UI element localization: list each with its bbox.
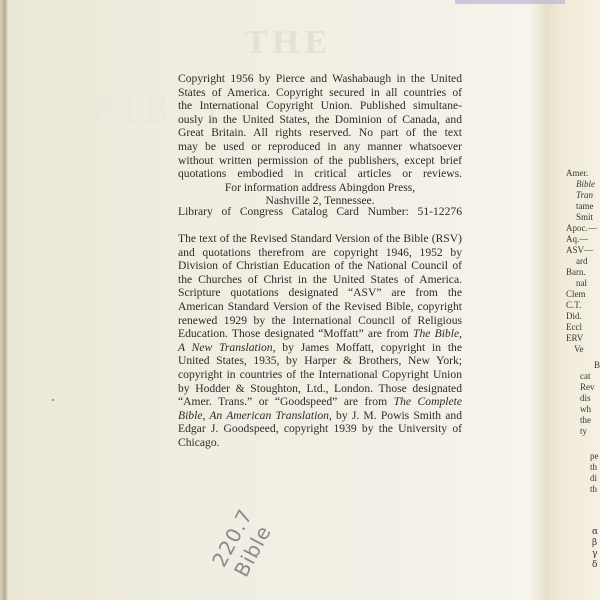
- background-strip: [455, 0, 565, 4]
- copyright-block: Copyright 1956 by Pierce and Washabaugh …: [178, 72, 462, 208]
- abbrev-fragment: nal: [566, 278, 597, 289]
- copyright-line: quotations embodied in critical articles…: [178, 167, 462, 181]
- catalog-card-number: Library of Congress Catalog Card Number:…: [178, 205, 462, 219]
- abbrev-fragment: Ve: [566, 344, 597, 355]
- copyright-line: may be used or reproduced in any manner …: [178, 140, 462, 154]
- facing-page-paragraph: B cat Rev dis wh the ty pe th di th: [580, 360, 600, 495]
- publisher-address: For information address Abingdon Press,: [178, 181, 462, 195]
- abbrev-fragment: Tran: [566, 190, 597, 201]
- permissions-text: The text of the Revised Standard Version…: [178, 232, 462, 340]
- copyright-line: Copyright 1956 by Pierce and Washabaugh …: [178, 72, 462, 86]
- text-fragment: th: [580, 484, 600, 495]
- text-fragment: Rev: [580, 382, 600, 393]
- copyright-line: Great Britain. All rights reserved. No p…: [178, 126, 462, 140]
- abbrev-fragment: Barn.: [566, 267, 597, 278]
- copyright-line: States of America. Copyright secured in …: [178, 86, 462, 100]
- abbrev-fragment: Did.: [566, 311, 597, 322]
- abbrev-fragment: C.T.: [566, 300, 597, 311]
- abbrev-fragment: Amer.: [566, 168, 597, 179]
- text-fragment: pe: [580, 451, 600, 462]
- text-fragment: cat: [580, 371, 600, 382]
- facing-page-abbreviations: Amer. Bible Tran tame Smit Apoc.— Aq.— A…: [566, 168, 597, 355]
- greek-letter: γ: [592, 549, 598, 560]
- abbrev-fragment: ard: [566, 256, 597, 267]
- copyright-line: the International Copyright Union. Publi…: [178, 99, 462, 113]
- facing-page-greek-letters: α β γ δ: [592, 527, 598, 571]
- permissions-paragraph: The text of the Revised Standard Version…: [178, 232, 462, 450]
- greek-letter: δ: [592, 560, 598, 571]
- text-fragment: ty: [580, 426, 600, 437]
- text-fragment: B: [580, 360, 600, 371]
- book-left-edge: [0, 0, 8, 600]
- text-fragment: wh: [580, 404, 600, 415]
- text-fragment: di: [580, 473, 600, 484]
- abbrev-fragment: tame: [566, 201, 597, 212]
- text-fragment: th: [580, 462, 600, 473]
- greek-letter: β: [592, 538, 598, 549]
- text-fragment: dis: [580, 393, 600, 404]
- abbrev-fragment: Clem: [566, 289, 597, 300]
- text-fragment: the: [580, 415, 600, 426]
- abbrev-fragment: ERV: [566, 333, 597, 344]
- bleed-through-title: THE: [245, 26, 331, 61]
- abbrev-fragment: Aq.—: [566, 234, 597, 245]
- copyright-line: ously in the United States, the Dominion…: [178, 113, 462, 127]
- abbrev-fragment: Apoc.—: [566, 223, 597, 234]
- copyright-line: without written permission of the publis…: [178, 154, 462, 168]
- abbrev-fragment: Bible: [566, 179, 597, 190]
- abbrev-fragment: Eccl: [566, 322, 597, 333]
- abbrev-fragment: ASV—: [566, 245, 597, 256]
- abbrev-fragment: Smit: [566, 212, 597, 223]
- greek-letter: α: [592, 527, 598, 538]
- paper-speck: [52, 399, 54, 401]
